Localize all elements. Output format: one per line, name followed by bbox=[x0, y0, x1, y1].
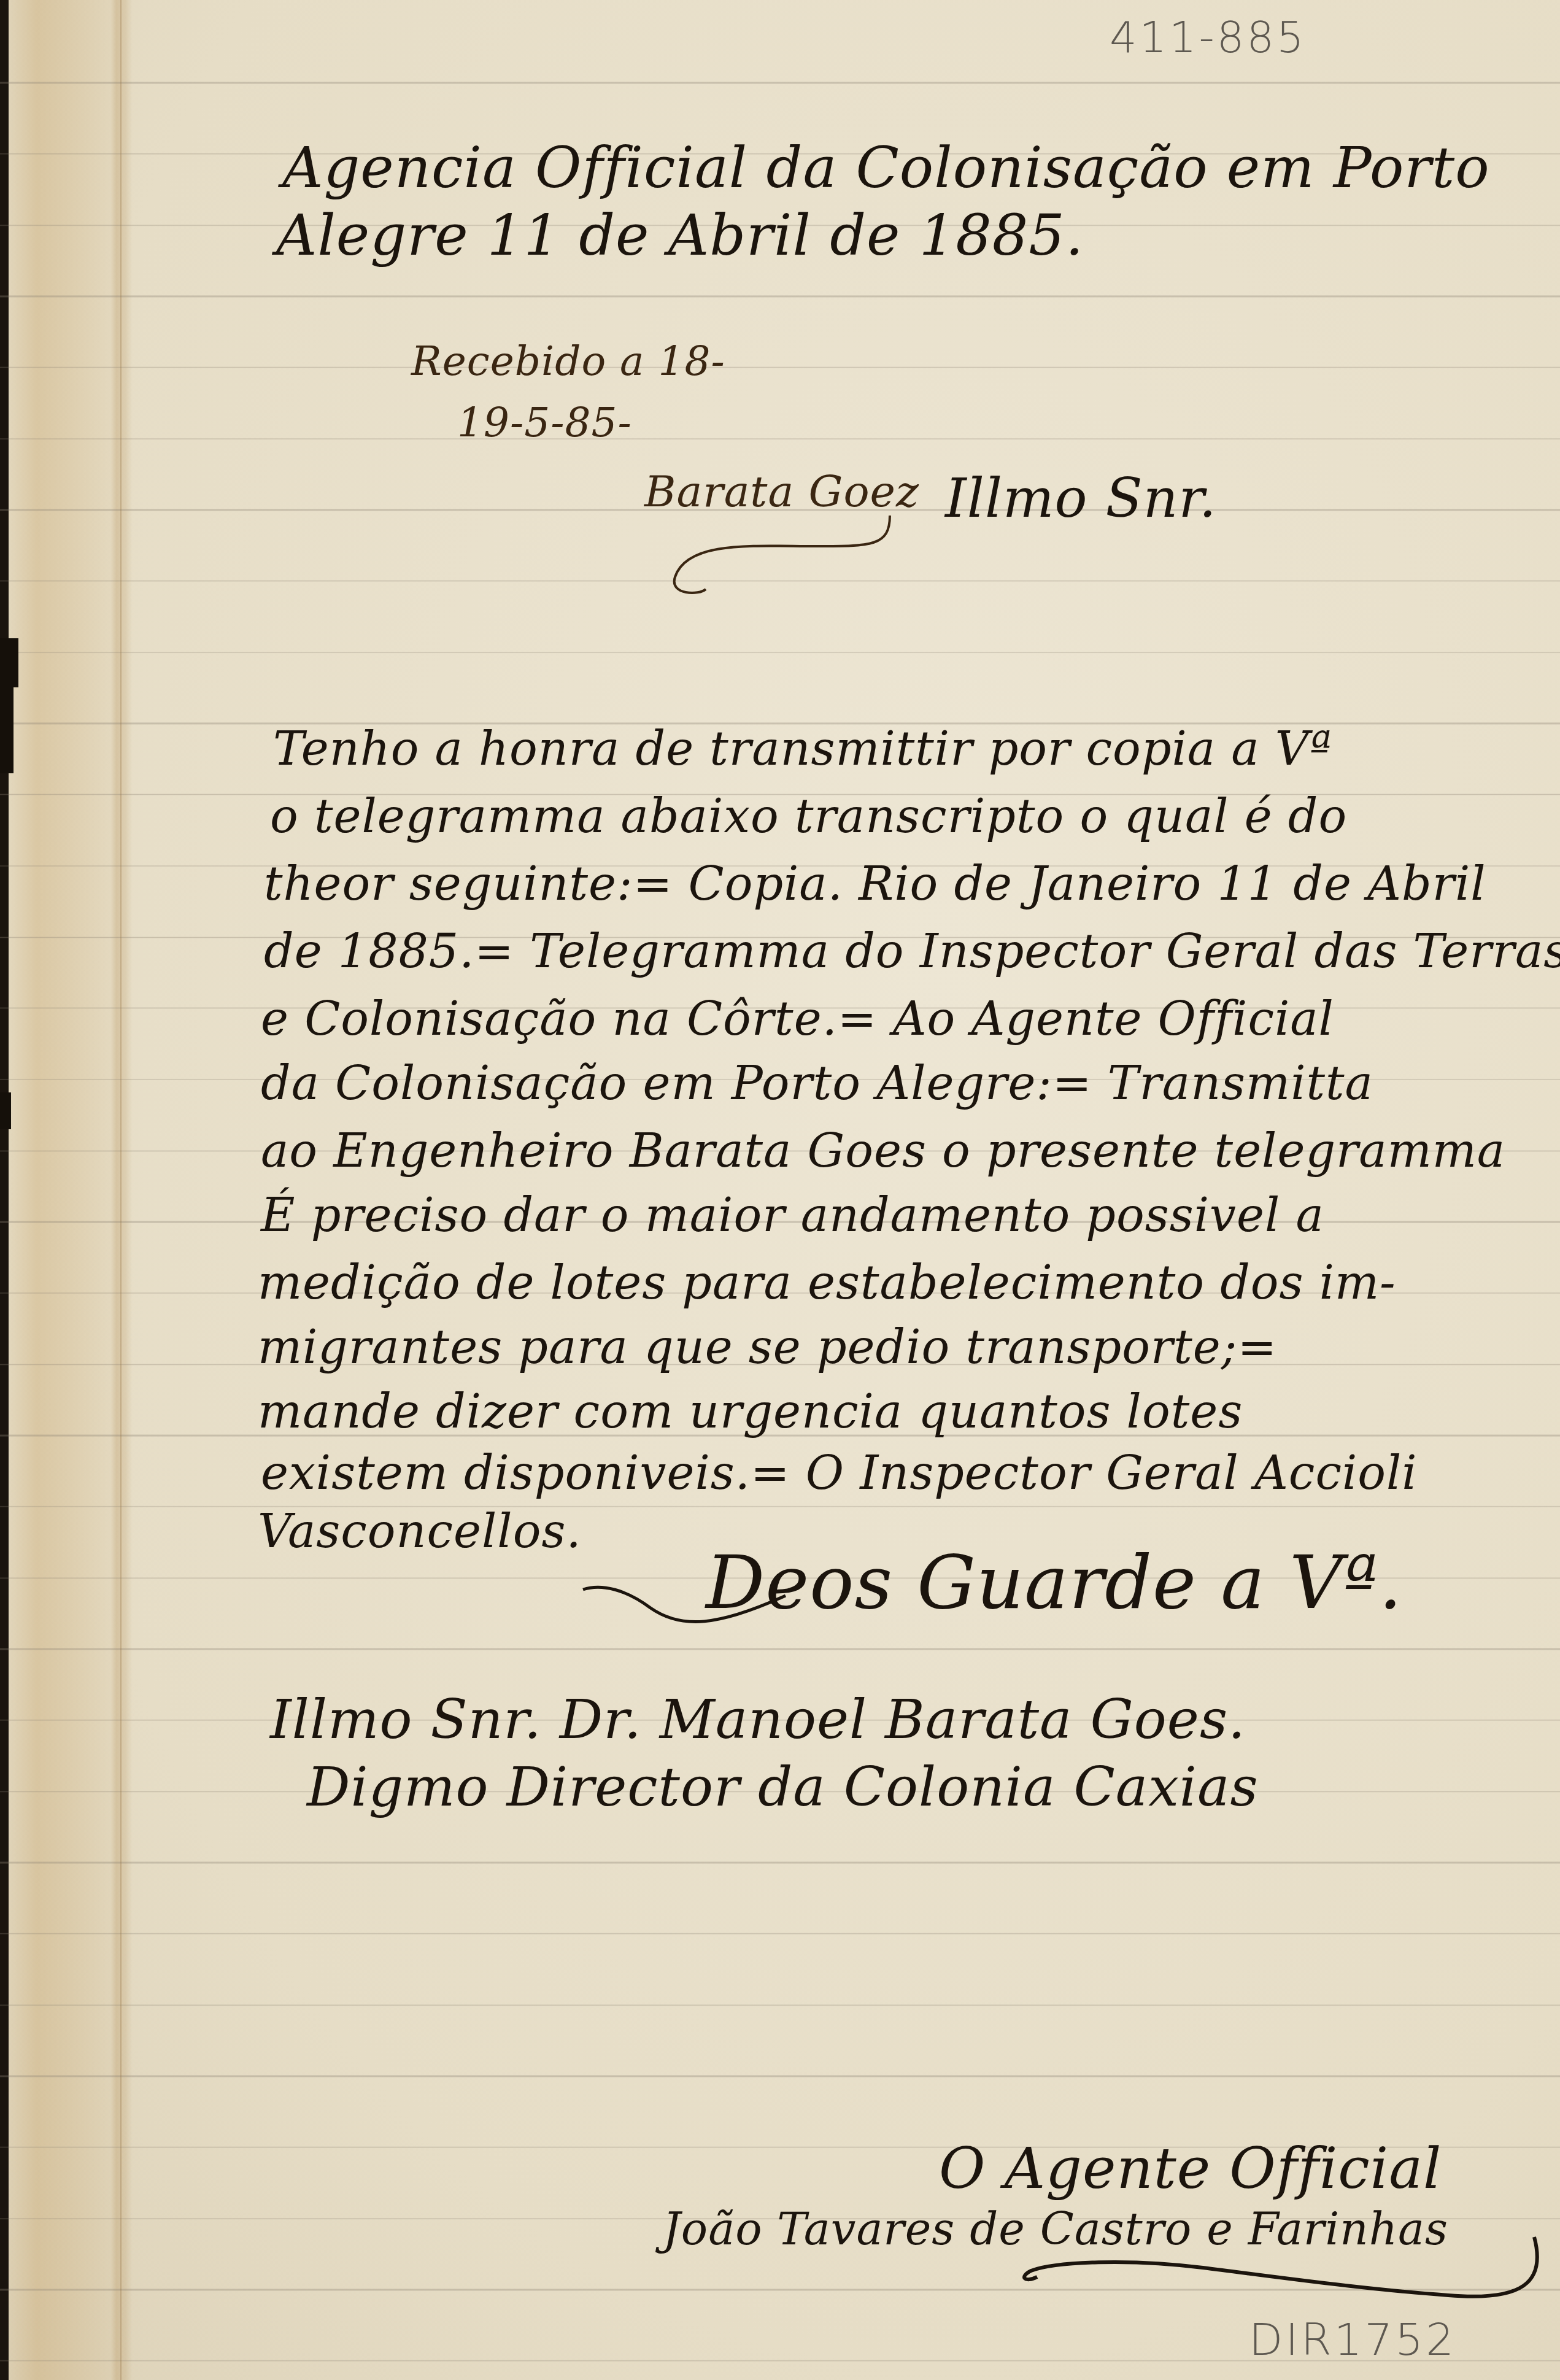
body-line: theor seguinte:= Copia. Rio de Janeiro 1… bbox=[264, 856, 1486, 911]
torn-edge bbox=[0, 1092, 11, 1129]
body-line: de 1885.= Telegramma do Inspector Geral … bbox=[264, 924, 1560, 978]
archive-reference-bottom: DIR1752 bbox=[1249, 2314, 1456, 2365]
body-line: existem disponiveis.= O Inspector Geral … bbox=[261, 1445, 1418, 1500]
signature-title: O Agente Official bbox=[939, 2136, 1442, 2201]
body-line: Tenho a honra de transmittir por copia a… bbox=[273, 721, 1332, 776]
salutation: Illmo Snr. bbox=[945, 466, 1217, 530]
body-line: medição de lotes para estabelecimento do… bbox=[258, 1255, 1396, 1310]
heading-line-1: Agencia Official da Colonisação em Porto bbox=[282, 135, 1490, 201]
flourish-decoration bbox=[663, 509, 896, 595]
body-line: migrantes para que se pedio transporte;= bbox=[258, 1319, 1277, 1374]
body-line: ao Engenheiro Barata Goes o presente tel… bbox=[261, 1123, 1505, 1178]
signature-flourish bbox=[1019, 2234, 1546, 2314]
body-line: mande dizer com urgencia quantos lotes bbox=[258, 1384, 1243, 1439]
addressee-line-1: Illmo Snr. Dr. Manoel Barata Goes. bbox=[270, 1688, 1246, 1751]
receipt-note-line-2: 19-5-85- bbox=[457, 399, 632, 446]
torn-edge bbox=[0, 675, 14, 773]
archive-reference-top: 411-885 bbox=[1110, 12, 1306, 63]
fold-line bbox=[120, 0, 122, 2380]
body-line: o telegramma abaixo transcripto o qual é… bbox=[270, 789, 1347, 843]
heading-line-2: Alegre 11 de Abril de 1885. bbox=[276, 203, 1084, 268]
flourish-decoration bbox=[577, 1571, 798, 1632]
addressee-line-2: Digmo Director da Colonia Caxias bbox=[307, 1755, 1259, 1818]
body-line: e Colonisação na Côrte.= Ao Agente Offic… bbox=[261, 991, 1334, 1046]
body-line: Vasconcellos. bbox=[258, 1504, 582, 1558]
receipt-note-line-1: Recebido a 18- bbox=[411, 338, 725, 385]
body-line: da Colonisação em Porto Alegre:= Transmi… bbox=[261, 1056, 1373, 1110]
body-line: É preciso dar o maior andamento possivel… bbox=[261, 1188, 1324, 1242]
closing: Deos Guarde a Vª. bbox=[706, 1540, 1403, 1626]
